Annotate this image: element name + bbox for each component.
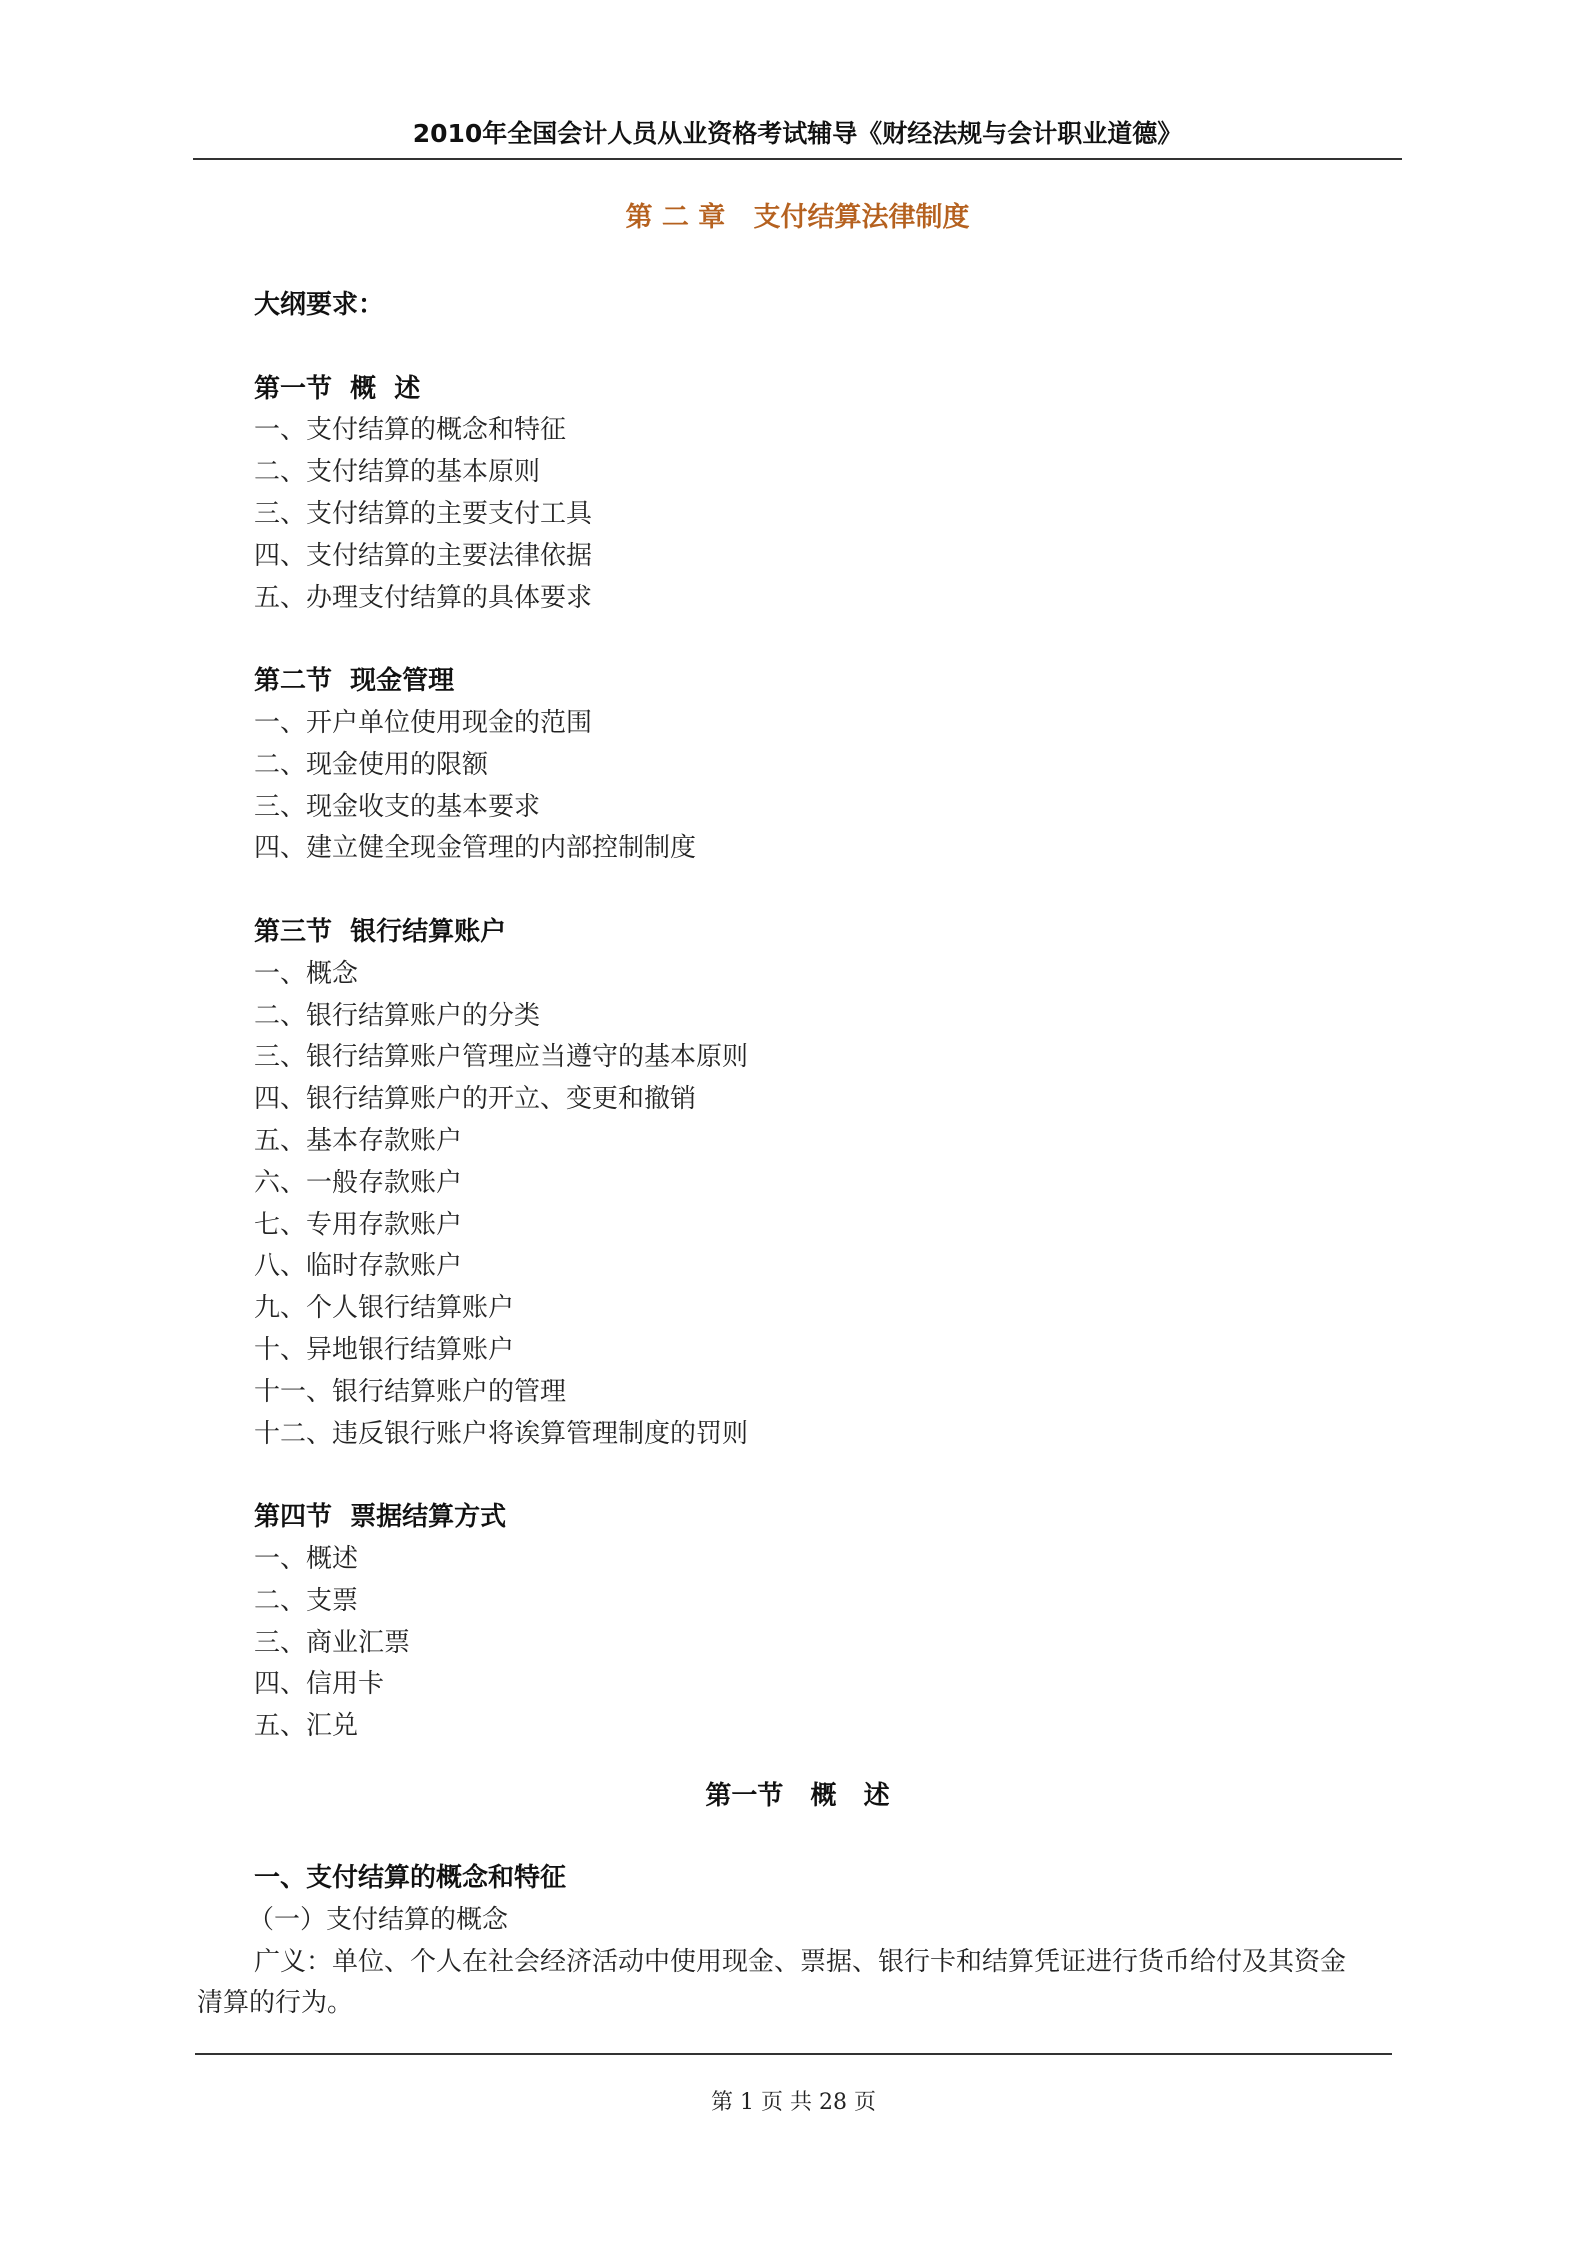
- outline-item: 四、支付结算的主要法律依据: [254, 536, 1404, 578]
- outline-item: 四、银行结算账户的开立、变更和撤销: [254, 1079, 1404, 1121]
- outline-item: 五、汇兑: [254, 1706, 1404, 1748]
- document-header-title: 2010年全国会计人员从业资格考试辅导《财经法规与会计职业道德》: [193, 118, 1402, 150]
- outline-item: 四、信用卡: [254, 1664, 1404, 1706]
- outline-item: 一、概述: [254, 1539, 1404, 1581]
- footer-divider: [195, 2053, 1392, 2055]
- outline-item: 二、支票: [254, 1581, 1404, 1623]
- outline-item: 二、银行结算账户的分类: [254, 996, 1404, 1038]
- spacer: [254, 619, 1404, 661]
- outline-item: 三、商业汇票: [254, 1623, 1404, 1665]
- header-divider: [193, 158, 1402, 160]
- outline-item: 一、开户单位使用现金的范围: [254, 703, 1404, 745]
- body-paragraph: 广义：单位、个人在社会经济活动中使用现金、票据、银行卡和结算凭证进行货币给付及其…: [197, 1942, 1352, 2026]
- outline-section-title: 第四节 票据结算方式: [254, 1497, 1404, 1539]
- outline-item: 三、银行结算账户管理应当遵守的基本原则: [254, 1037, 1404, 1079]
- outline-item: 八、临时存款账户: [254, 1246, 1404, 1288]
- outline-item: 十二、违反银行账户将诶算管理制度的罚则: [254, 1414, 1404, 1456]
- outline-item: 九、个人银行结算账户: [254, 1288, 1404, 1330]
- outline-section-title: 第二节 现金管理: [254, 661, 1404, 703]
- body-content: 一、支付结算的概念和特征 （一）支付结算的概念 广义：单位、个人在社会经济活动中…: [254, 1858, 1404, 2025]
- outline-item: 二、支付结算的基本原则: [254, 452, 1404, 494]
- outline-item: 十、异地银行结算账户: [254, 1330, 1404, 1372]
- outline-section-title: 第三节 银行结算账户: [254, 912, 1404, 954]
- section-heading: 第一节 概 述: [193, 1778, 1402, 1814]
- outline-label: 大纲要求：: [254, 285, 1404, 327]
- spacer: [254, 1455, 1404, 1497]
- body-heading: 一、支付结算的概念和特征: [254, 1858, 1404, 1900]
- outline-item: 十一、银行结算账户的管理: [254, 1372, 1404, 1414]
- outline-item: 五、办理支付结算的具体要求: [254, 578, 1404, 620]
- outline-section-title: 第一节 概 述: [254, 369, 1404, 411]
- outline-item: 五、基本存款账户: [254, 1121, 1404, 1163]
- outline-item: 三、支付结算的主要支付工具: [254, 494, 1404, 536]
- body-subheading: （一）支付结算的概念: [248, 1900, 1404, 1942]
- outline-item: 二、现金使用的限额: [254, 745, 1404, 787]
- chapter-title: 第 二 章 支付结算法律制度: [193, 200, 1402, 236]
- syllabus-outline: 大纲要求： 第一节 概 述 一、支付结算的概念和特征 二、支付结算的基本原则 三…: [254, 285, 1404, 1748]
- outline-item: 六、一般存款账户: [254, 1163, 1404, 1205]
- outline-item: 七、专用存款账户: [254, 1205, 1404, 1247]
- paragraph-text: 广义：单位、个人在社会经济活动中使用现金、票据、银行卡和结算凭证进行货币给付及其…: [197, 1947, 1346, 2019]
- outline-item: 一、概念: [254, 954, 1404, 996]
- outline-item: 一、支付结算的概念和特征: [254, 410, 1404, 452]
- outline-item: 三、现金收支的基本要求: [254, 787, 1404, 829]
- outline-item: 四、建立健全现金管理的内部控制制度: [254, 828, 1404, 870]
- spacer: [254, 327, 1404, 369]
- page-number: 第 1 页 共 28 页: [195, 2088, 1392, 2118]
- spacer: [254, 870, 1404, 912]
